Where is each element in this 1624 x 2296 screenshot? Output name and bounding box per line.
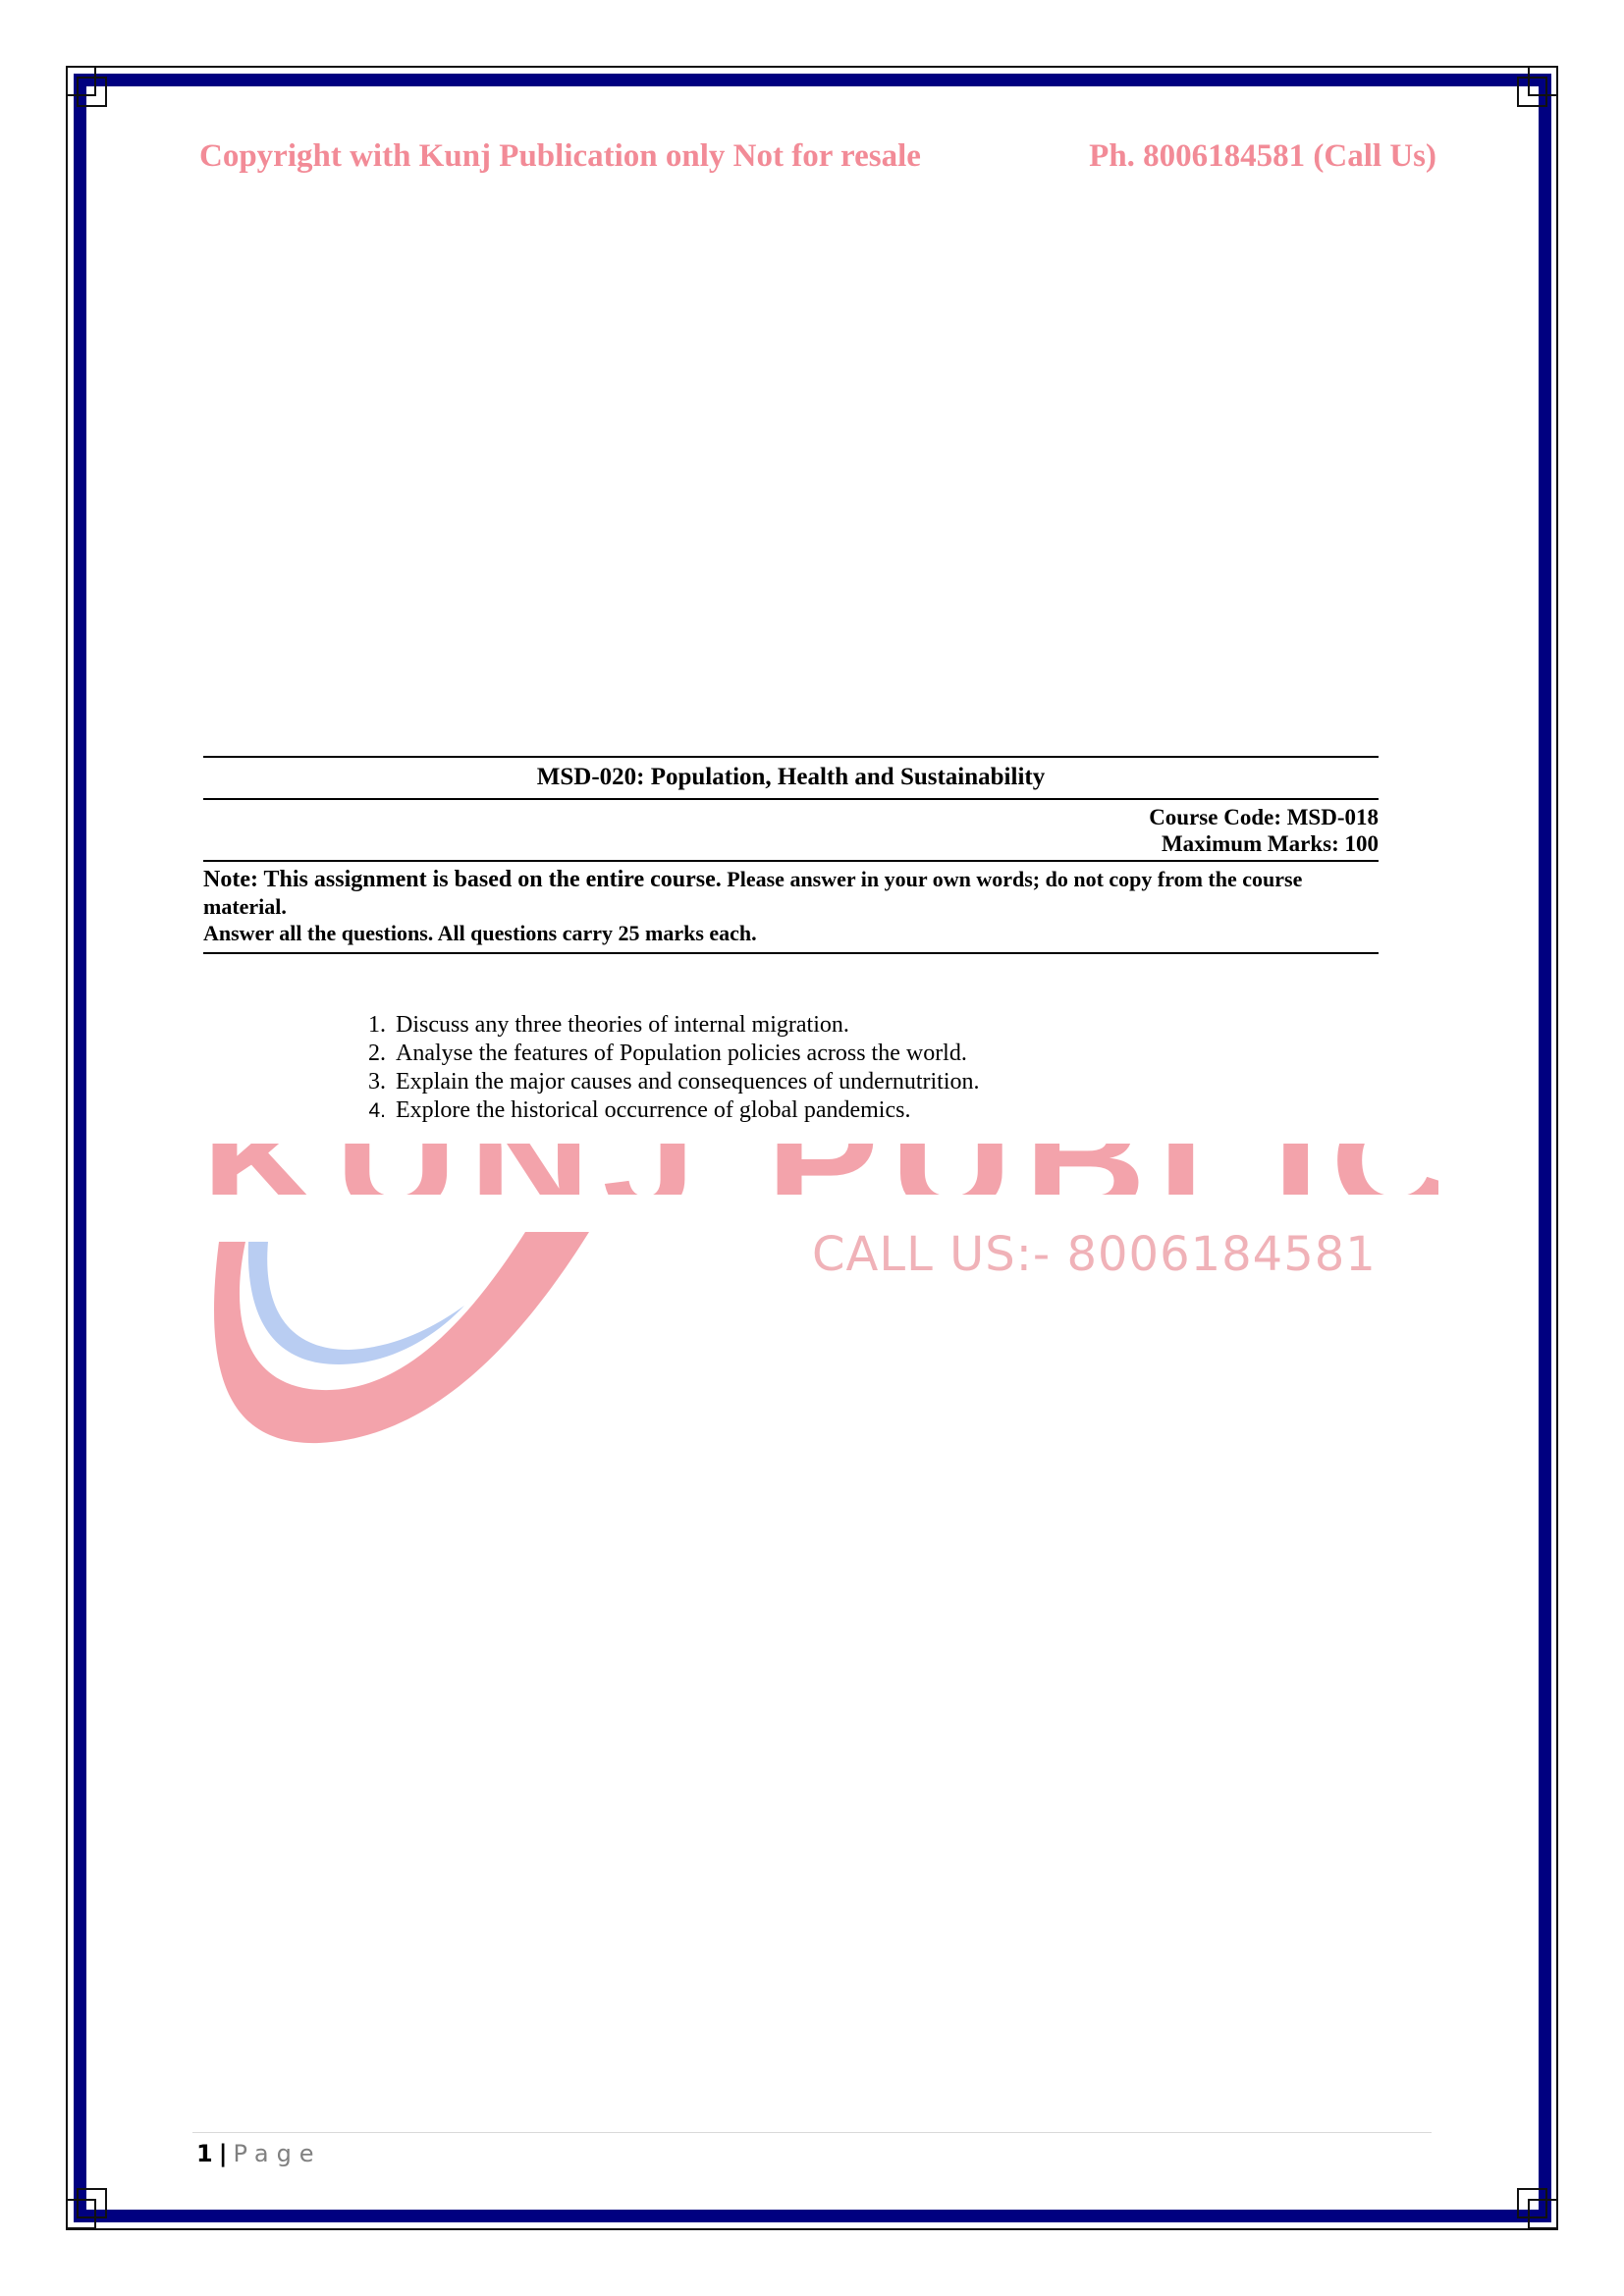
assignment-meta: Course Code: MSD-018 Maximum Marks: 100 (203, 800, 1379, 860)
assignment-block: MSD-020: Population, Health and Sustaina… (203, 756, 1379, 954)
question-item: 2.Analyse the features of Population pol… (351, 1040, 979, 1068)
border-corner-top-left-inner (77, 77, 107, 107)
question-item: 4.Explore the historical occurrence of g… (351, 1096, 979, 1125)
assignment-note: Note: This assignment is based on the en… (203, 862, 1379, 952)
border-corner-bottom-right-inner (1517, 2188, 1547, 2218)
border-corner-top-right-inner (1517, 77, 1547, 107)
page-footer: 1|Page (196, 2140, 322, 2167)
footer-divider (192, 2132, 1432, 2133)
phone-contact: Ph. 8006184581 (Call Us) (1089, 138, 1436, 175)
page-label: Page (233, 2140, 321, 2167)
watermark-brand: KUNJ PUBLICATION (201, 1144, 1438, 1195)
divider (203, 952, 1379, 954)
page-header: Copyright with Kunj Publication only Not… (199, 138, 1436, 175)
page-number: 1 (196, 2140, 213, 2167)
question-item: 1.Discuss any three theories of internal… (351, 1011, 979, 1040)
question-list: 1.Discuss any three theories of internal… (351, 1011, 979, 1125)
watermark-call: CALL US:- 8006184581 (812, 1227, 1377, 1282)
instruction: Answer all the questions. All questions … (203, 920, 1379, 946)
question-item: 3.Explain the major causes and consequen… (351, 1068, 979, 1096)
watermark-swoosh-icon (201, 1232, 653, 1458)
max-marks: Maximum Marks: 100 (203, 830, 1379, 857)
footer-separator: | (219, 2140, 228, 2167)
border-corner-bottom-left-inner (77, 2188, 107, 2218)
copyright-notice: Copyright with Kunj Publication only Not… (199, 138, 921, 175)
note-lead: Note: This assignment is based on the en… (203, 867, 722, 892)
course-code: Course Code: MSD-018 (203, 804, 1379, 830)
assignment-title: MSD-020: Population, Health and Sustaina… (203, 758, 1379, 798)
